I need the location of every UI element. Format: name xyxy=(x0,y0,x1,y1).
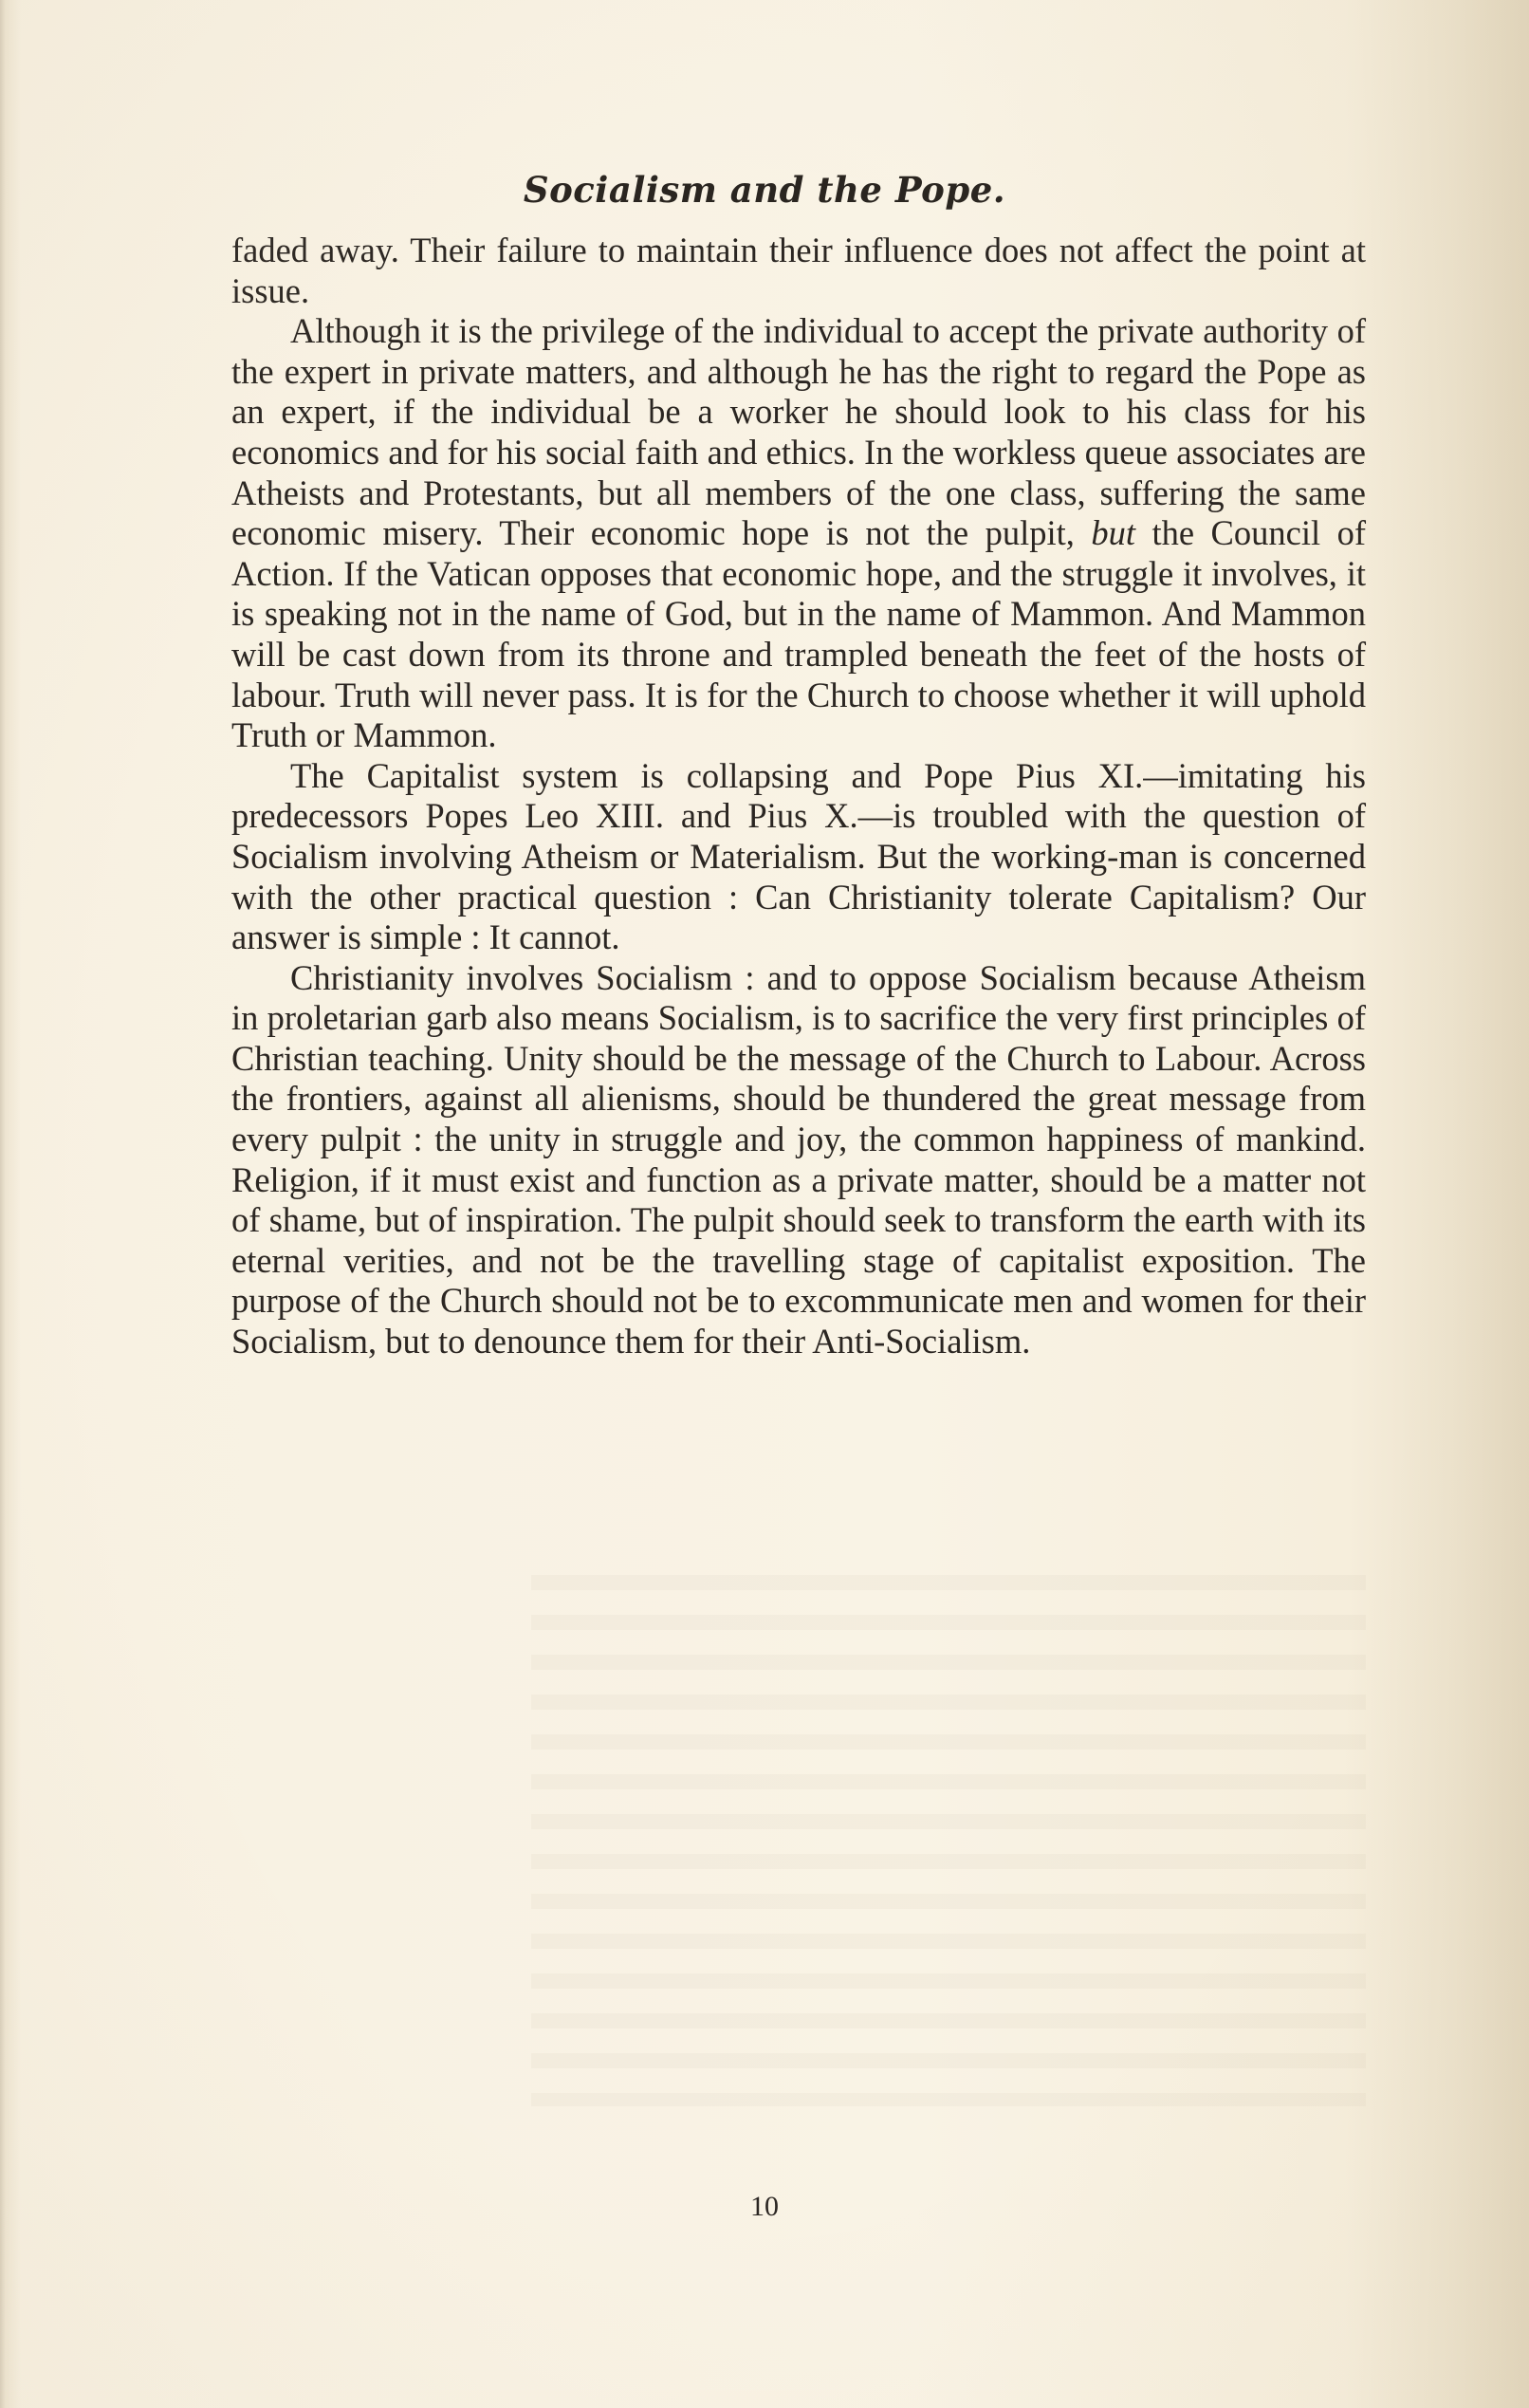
paragraph-1: faded away. Their failure to maintain th… xyxy=(231,231,1366,311)
emphasis-text: but xyxy=(1091,513,1135,552)
page-number: 10 xyxy=(0,2191,1529,2223)
paragraph-text: faded away. Their failure to maintain th… xyxy=(231,231,1366,310)
paragraph-3: The Capitalist system is collapsing and … xyxy=(231,756,1366,958)
paragraph-2: Although it is the privilege of the indi… xyxy=(231,311,1366,756)
running-head: Socialism and the Pope. xyxy=(0,169,1529,211)
paragraph-4: Christianity involves Socialism : and to… xyxy=(231,958,1366,1362)
paragraph-text: The Capitalist system is collapsing and … xyxy=(231,756,1366,956)
body-text: faded away. Their failure to maintain th… xyxy=(231,231,1366,1362)
show-through-text xyxy=(531,1575,1366,2106)
paragraph-text: Christianity involves Socialism : and to… xyxy=(231,958,1366,1361)
book-page: Socialism and the Pope. faded away. Thei… xyxy=(0,0,1529,2408)
